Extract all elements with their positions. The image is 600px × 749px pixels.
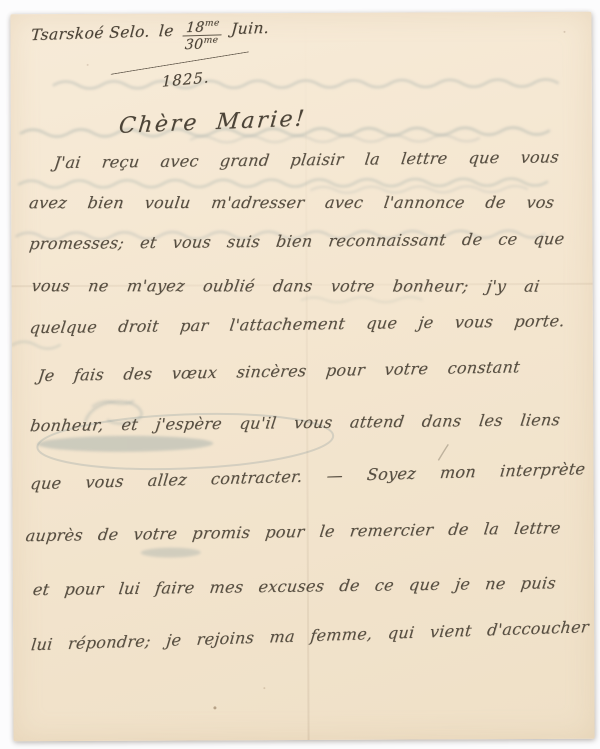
ordinal-suffix: me	[205, 18, 220, 28]
paper-speck	[563, 31, 565, 33]
letter-body-line: vous ne m'ayez oublié dans votre bonheur…	[30, 274, 541, 298]
pen-scratch-mark	[438, 444, 448, 460]
bleedthrough-smudge	[141, 547, 201, 557]
letter-body-line: avez bien voulu m'adresser avec l'annonc…	[28, 191, 556, 215]
dateline-article: le	[158, 22, 174, 41]
flourish-smudge	[37, 435, 213, 452]
dateline-day-julian: 18me	[183, 19, 221, 36]
letter-sheet: Tsarskoé Selo. le 18me 30me Juin. 1825. …	[10, 12, 594, 742]
dateline-month: Juin.	[230, 19, 269, 38]
paper-speck	[263, 687, 265, 689]
paper-speck	[87, 64, 89, 66]
bleedthrough-line	[54, 79, 558, 88]
scanned-letter-background: Tsarskoé Selo. le 18me 30me Juin. 1825. …	[0, 0, 600, 749]
paper-speck	[213, 706, 216, 709]
dateline-place: Tsarskoé Selo.	[30, 23, 150, 45]
dateline-day-fraction: 18me 30me	[181, 19, 223, 53]
dateline-day-gregorian: 30me	[181, 35, 222, 54]
bleedthrough-line	[12, 342, 60, 349]
ordinal-suffix: me	[203, 36, 218, 46]
bleedthrough-line	[191, 135, 479, 142]
